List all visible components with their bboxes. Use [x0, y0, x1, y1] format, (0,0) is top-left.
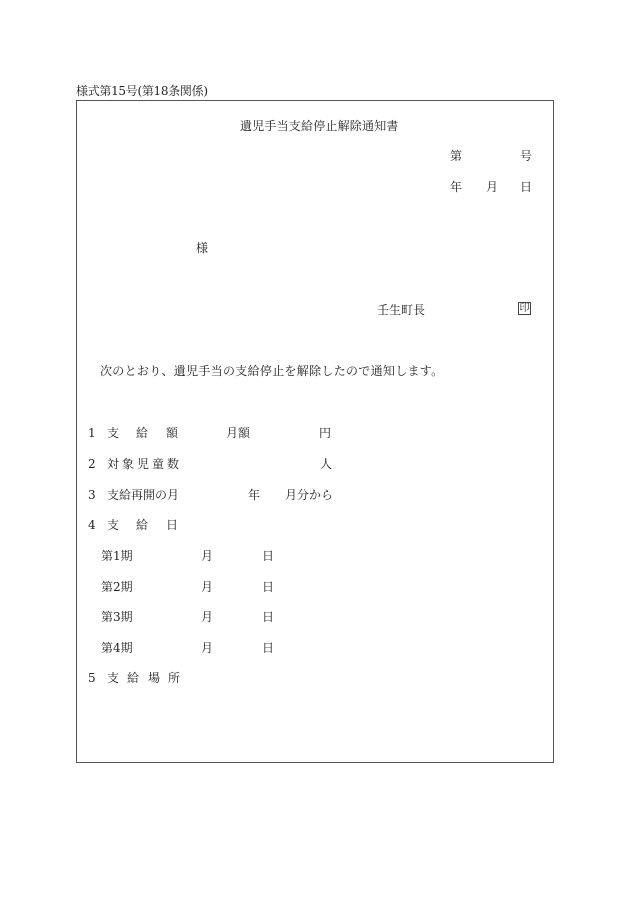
period-1-label: 第1期 — [101, 549, 133, 563]
period-1-day: 日 — [262, 549, 274, 563]
item-4-label-char-2: 給 — [136, 518, 148, 532]
item-3-month-suffix: 月分から — [285, 488, 333, 502]
item-5-number: 5 — [88, 671, 96, 685]
form-number-label: 様式第15号(第18条関係) — [76, 84, 208, 98]
item-2-unit: 人 — [320, 457, 332, 471]
item-2-label-char-5: 数 — [167, 457, 179, 471]
period-4-day: 日 — [262, 641, 274, 655]
item-3-number: 3 — [88, 488, 96, 502]
period-4-month: 月 — [201, 641, 213, 655]
period-2-month: 月 — [201, 580, 213, 594]
item-1-detail-label: 月額 — [226, 426, 250, 440]
item-5-label-char-1: 支 — [107, 671, 119, 685]
item-1-label-char-2: 給 — [136, 426, 148, 440]
issuer-name: 壬生町長 — [377, 303, 425, 317]
item-2-label-char-1: 対 — [107, 457, 119, 471]
item-1-label-char-3: 額 — [166, 426, 178, 440]
date-month: 月 — [486, 180, 498, 194]
item-4-number: 4 — [88, 518, 96, 532]
item-1-number: 1 — [88, 426, 96, 440]
item-1-label-char-1: 支 — [107, 426, 119, 440]
date-year: 年 — [450, 180, 462, 194]
seal-icon: 印 — [518, 302, 531, 315]
number-prefix: 第 — [450, 149, 462, 163]
date-day: 日 — [520, 180, 532, 194]
period-4-label: 第4期 — [101, 641, 133, 655]
document-title: 遺児手当支給停止解除通知書 — [240, 119, 399, 133]
item-2-number: 2 — [88, 457, 96, 471]
item-5-label-char-3: 場 — [148, 671, 160, 685]
item-2-label-char-4: 童 — [152, 457, 164, 471]
number-suffix: 号 — [520, 149, 532, 163]
item-5-label-char-4: 所 — [168, 671, 180, 685]
item-3-year-unit: 年 — [248, 488, 260, 502]
period-1-month: 月 — [201, 549, 213, 563]
period-3-month: 月 — [201, 610, 213, 624]
item-4-label-char-1: 支 — [107, 518, 119, 532]
item-3-label: 支給再開の月 — [107, 488, 179, 502]
item-2-label-char-3: 児 — [137, 457, 149, 471]
item-5-label-char-2: 給 — [127, 671, 139, 685]
period-3-label: 第3期 — [101, 610, 133, 624]
body-text: 次のとおり、遺児手当の支給停止を解除したので通知します。 — [100, 364, 443, 378]
addressee-suffix: 様 — [196, 241, 208, 255]
item-1-unit: 円 — [319, 426, 331, 440]
period-3-day: 日 — [262, 610, 274, 624]
item-2-label-char-2: 象 — [122, 457, 134, 471]
period-2-label: 第2期 — [101, 580, 133, 594]
item-4-label-char-3: 日 — [166, 518, 178, 532]
period-2-day: 日 — [262, 580, 274, 594]
